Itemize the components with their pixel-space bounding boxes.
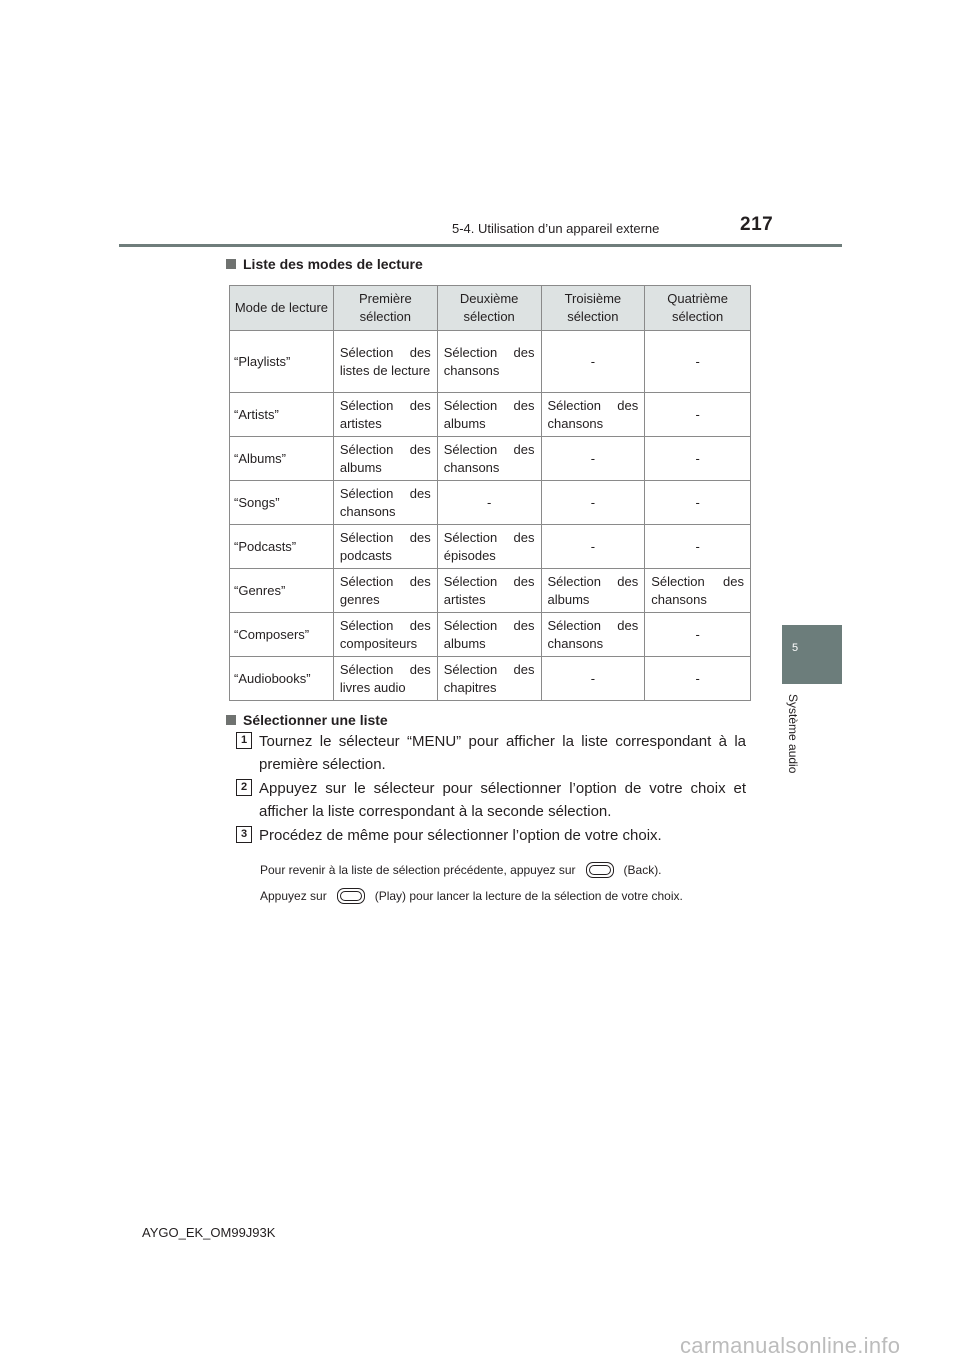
- note-text: Appuyez sur: [260, 889, 327, 903]
- step-number-box: 1: [236, 732, 252, 749]
- selection-cell: -: [645, 657, 751, 701]
- manual-code: AYGO_EK_OM99J93K: [142, 1225, 275, 1240]
- selection-cell: -: [437, 481, 541, 525]
- mode-cell: “Playlists”: [230, 331, 334, 393]
- selection-cell: Sélection des chansons: [541, 613, 645, 657]
- table-row: “Genres”Sélection des genresSélection de…: [230, 569, 751, 613]
- selection-cell: Sélection des chapitres: [437, 657, 541, 701]
- step-item: 1 Tournez le sélecteur “MENU” pour affic…: [236, 730, 746, 776]
- table-row: “Playlists”Sélection des listes de lectu…: [230, 331, 751, 393]
- table-row: “Composers”Sélection des compositeursSél…: [230, 613, 751, 657]
- selection-cell: -: [645, 393, 751, 437]
- chapter-tab-number: 5: [792, 642, 798, 654]
- selection-cell: -: [645, 437, 751, 481]
- mode-cell: “Podcasts”: [230, 525, 334, 569]
- selection-cell: Sélection des genres: [333, 569, 437, 613]
- step-number-box: 2: [236, 779, 252, 796]
- selection-cell: Sélection des albums: [333, 437, 437, 481]
- playback-modes-table: Mode de lecture Première sélection Deuxi…: [229, 285, 751, 701]
- watermark: carmanualsonline.info: [680, 1333, 900, 1358]
- selection-cell: Sélection des listes de lecture: [333, 331, 437, 393]
- selection-cell: -: [541, 657, 645, 701]
- selection-cell: Sélection des compositeurs: [333, 613, 437, 657]
- selection-cell: Sélection des albums: [437, 393, 541, 437]
- table-row: “Songs”Sélection des chansons---: [230, 481, 751, 525]
- selection-cell: -: [541, 331, 645, 393]
- chapter-section-title: 5-4. Utilisation d’un appareil externe: [452, 221, 659, 236]
- selection-cell: Sélection des artistes: [333, 393, 437, 437]
- selection-cell: Sélection des podcasts: [333, 525, 437, 569]
- chapter-tab: [782, 625, 842, 684]
- selection-cell: Sélection des artistes: [437, 569, 541, 613]
- mode-cell: “Composers”: [230, 613, 334, 657]
- section-heading-text: Sélectionner une liste: [243, 712, 388, 728]
- mode-cell: “Genres”: [230, 569, 334, 613]
- section-heading-select-list: Sélectionner une liste: [226, 712, 388, 728]
- selection-cell: -: [645, 525, 751, 569]
- mode-cell: “Artists”: [230, 393, 334, 437]
- selection-cell: Sélection des livres audio: [333, 657, 437, 701]
- square-bullet-icon: [226, 259, 236, 269]
- note-text: Pour revenir à la liste de sélection pré…: [260, 863, 576, 877]
- selection-cell: Sélection des épisodes: [437, 525, 541, 569]
- table-row: “Podcasts”Sélection des podcastsSélectio…: [230, 525, 751, 569]
- mode-cell: “Audiobooks”: [230, 657, 334, 701]
- mode-cell: “Albums”: [230, 437, 334, 481]
- column-header: Première sélection: [333, 286, 437, 331]
- selection-cell: -: [645, 481, 751, 525]
- selection-cell: Sélection des chansons: [437, 437, 541, 481]
- selection-cell: -: [541, 481, 645, 525]
- column-header: Deuxième sélection: [437, 286, 541, 331]
- selection-cell: -: [541, 437, 645, 481]
- section-heading-modes: Liste des modes de lecture: [226, 256, 423, 272]
- selection-cell: -: [645, 613, 751, 657]
- selection-cell: Sélection des chansons: [437, 331, 541, 393]
- selection-cell: Sélection des chansons: [333, 481, 437, 525]
- step-text: Procédez de même pour sélectionner l’opt…: [259, 827, 662, 844]
- note-text: (Back).: [624, 863, 662, 877]
- step-text: Tournez le sélecteur “MENU” pour affiche…: [259, 733, 746, 773]
- back-button-icon: [586, 862, 614, 878]
- table-header-row: Mode de lecture Première sélection Deuxi…: [230, 286, 751, 331]
- page-number: 217: [740, 214, 773, 236]
- header-divider: [119, 244, 842, 247]
- selection-cell: -: [541, 525, 645, 569]
- note-play: Appuyez sur (Play) pour lancer la lectur…: [260, 888, 683, 904]
- selection-cell: Sélection des chansons: [541, 393, 645, 437]
- square-bullet-icon: [226, 715, 236, 725]
- table-row: “Audiobooks”Sélection des livres audioSé…: [230, 657, 751, 701]
- step-item: 3 Procédez de même pour sélectionner l’o…: [236, 824, 746, 847]
- section-heading-text: Liste des modes de lecture: [243, 256, 423, 272]
- column-header: Mode de lecture: [230, 286, 334, 331]
- note-back: Pour revenir à la liste de sélection pré…: [260, 862, 662, 878]
- step-text: Appuyez sur le sélecteur pour sélectionn…: [259, 780, 746, 820]
- table-row: “Albums”Sélection des albumsSélection de…: [230, 437, 751, 481]
- table-row: “Artists”Sélection des artistesSélection…: [230, 393, 751, 437]
- step-item: 2 Appuyez sur le sélecteur pour sélectio…: [236, 777, 746, 823]
- selection-cell: Sélection des albums: [437, 613, 541, 657]
- selection-cell: Sélection des chansons: [645, 569, 751, 613]
- play-button-icon: [337, 888, 365, 904]
- chapter-tab-label: Système audio: [786, 694, 800, 773]
- column-header: Quatrième sélection: [645, 286, 751, 331]
- column-header: Troisième sélection: [541, 286, 645, 331]
- note-text: (Play) pour lancer la lecture de la séle…: [375, 889, 683, 903]
- mode-cell: “Songs”: [230, 481, 334, 525]
- step-number-box: 3: [236, 826, 252, 843]
- selection-cell: -: [645, 331, 751, 393]
- selection-cell: Sélection des albums: [541, 569, 645, 613]
- steps-list: 1 Tournez le sélecteur “MENU” pour affic…: [236, 730, 746, 848]
